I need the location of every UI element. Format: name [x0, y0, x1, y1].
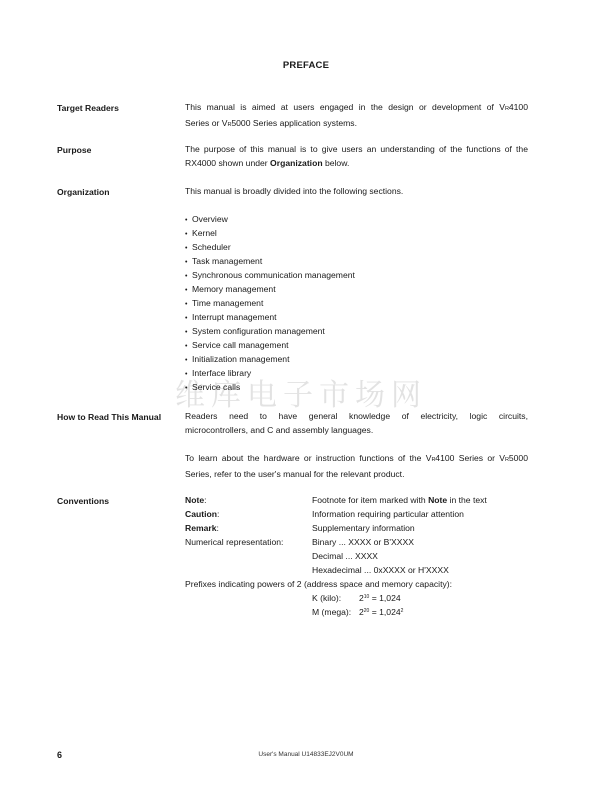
- convention-decimal: Decimal ... XXXX: [312, 549, 378, 563]
- organization-list-item: •System configuration management: [185, 324, 528, 338]
- convention-caution-term: Caution: [185, 509, 217, 519]
- organization-intro: This manual is broadly divided into the …: [185, 184, 528, 198]
- convention-mega-value: 220 = 1,0242: [359, 605, 403, 619]
- purpose-line-2: RX4000 shown under Organization below.: [185, 156, 528, 170]
- section-label-how-to-read: How to Read This Manual: [57, 412, 161, 422]
- convention-hexadecimal: Hexadecimal ... 0xXXXX or H'XXXX: [312, 563, 449, 577]
- page-title: PREFACE: [0, 60, 612, 71]
- organization-list-item: •Task management: [185, 254, 528, 268]
- purpose-text: The purpose of this manual is to give us…: [185, 142, 528, 170]
- document-id: User's Manual U14833EJ2V0UM: [0, 751, 612, 758]
- organization-section-list: •Overview•Kernel•Scheduler•Task manageme…: [185, 212, 528, 394]
- convention-binary: Binary ... XXXX or B'XXXX: [312, 535, 414, 549]
- convention-prefixes: Prefixes indicating powers of 2 (address…: [185, 577, 452, 591]
- organization-list-container: •Overview•Kernel•Scheduler•Task manageme…: [185, 212, 528, 394]
- convention-mega-label: M (mega):: [312, 605, 351, 619]
- how-to-read-p2-line-2: Series, refer to the user's manual for t…: [185, 467, 528, 481]
- convention-kilo-value: 210 = 1,024: [359, 591, 401, 605]
- organization-list-item: •Scheduler: [185, 240, 528, 254]
- organization-list-item: •Service call management: [185, 338, 528, 352]
- organization-list-item: •Synchronous communication management: [185, 268, 528, 282]
- convention-numerical-term: Numerical representation:: [185, 535, 283, 549]
- organization-list-item: •Overview: [185, 212, 528, 226]
- organization-list-item: •Time management: [185, 296, 528, 310]
- section-label-target-readers: Target Readers: [57, 103, 119, 113]
- organization-list-item: •Interface library: [185, 366, 528, 380]
- convention-caution-desc: Information requiring particular attenti…: [312, 507, 464, 521]
- target-readers-line-1: This manual is aimed at users engaged in…: [185, 100, 528, 116]
- target-readers-text: This manual is aimed at users engaged in…: [185, 100, 528, 132]
- convention-remark-desc: Supplementary information: [312, 521, 415, 535]
- section-label-conventions: Conventions: [57, 496, 109, 506]
- organization-list-item: •Memory management: [185, 282, 528, 296]
- organization-list-item: •Kernel: [185, 226, 528, 240]
- section-label-purpose: Purpose: [57, 145, 91, 155]
- how-to-read-p1-line-1: Readers need to have general knowledge o…: [185, 409, 528, 423]
- how-to-read-paragraph-1: Readers need to have general knowledge o…: [185, 409, 528, 437]
- section-label-organization: Organization: [57, 187, 110, 197]
- convention-note-desc: Footnote for item marked with Note in th…: [312, 493, 487, 507]
- how-to-read-paragraph-2: To learn about the hardware or instructi…: [185, 451, 528, 481]
- target-readers-line-2: Series or VR5000 Series application syst…: [185, 116, 528, 132]
- how-to-read-p1-line-2: microcontrollers, and C and assembly lan…: [185, 423, 528, 437]
- organization-list-item: •Interrupt management: [185, 310, 528, 324]
- convention-remark-term: Remark: [185, 523, 217, 533]
- how-to-read-p2-line-1: To learn about the hardware or instructi…: [185, 451, 528, 467]
- convention-note-term: Note: [185, 495, 204, 505]
- organization-list-item: •Service calls: [185, 380, 528, 394]
- organization-list-item: •Initialization management: [185, 352, 528, 366]
- convention-kilo-label: K (kilo):: [312, 591, 341, 605]
- bullet-icon: •: [185, 382, 192, 396]
- purpose-line-1: The purpose of this manual is to give us…: [185, 142, 528, 156]
